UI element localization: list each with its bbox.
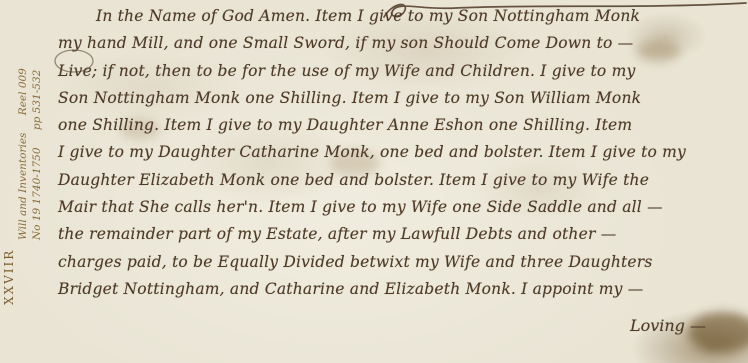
manuscript-line: Mair that She calls her'n. Item I give t… — [58, 194, 746, 221]
manuscript-line: I give to my Daughter Catharine Monk, on… — [58, 139, 746, 166]
manuscript-line: Bridget Nottingham, and Catharine and El… — [58, 276, 746, 303]
margin-archival-note: Will and Inventories Reel 009 No 19 1740… — [16, 30, 48, 240]
manuscript-line: Live; if not, then to be for the use of … — [58, 58, 746, 85]
manuscript-line: my hand Mill, and one Small Sword, if my… — [58, 30, 746, 57]
manuscript-line: the remainder part of my Estate, after m… — [58, 221, 746, 248]
margin-reel-note: Reel 009 — [17, 68, 29, 115]
manuscript-line: charges paid, to be Equally Divided betw… — [58, 249, 746, 276]
margin-page-note: pp 531-532 — [31, 70, 43, 130]
margin-series-title: Will and Inventories — [17, 133, 29, 240]
catchword: Loving — — [630, 316, 706, 335]
manuscript-line: one Shilling. Item I give to my Daughter… — [58, 112, 746, 139]
manuscript-line: In the Name of God Amen. Item I give to … — [58, 3, 746, 30]
margin-note-line-2: No 19 1740-1750 pp 531-532 — [30, 30, 44, 240]
manuscript-line: Son Nottingham Monk one Shilling. Item I… — [58, 85, 746, 112]
margin-reference: No 19 1740-1750 — [31, 147, 43, 240]
manuscript-will-page: XXVIIR Will and Inventories Reel 009 No … — [0, 0, 748, 363]
margin-note-line-1: Will and Inventories Reel 009 — [16, 30, 30, 240]
will-text-block: In the Name of God Amen. Item I give to … — [58, 3, 746, 303]
manuscript-line: Daughter Elizabeth Monk one bed and bols… — [58, 167, 746, 194]
